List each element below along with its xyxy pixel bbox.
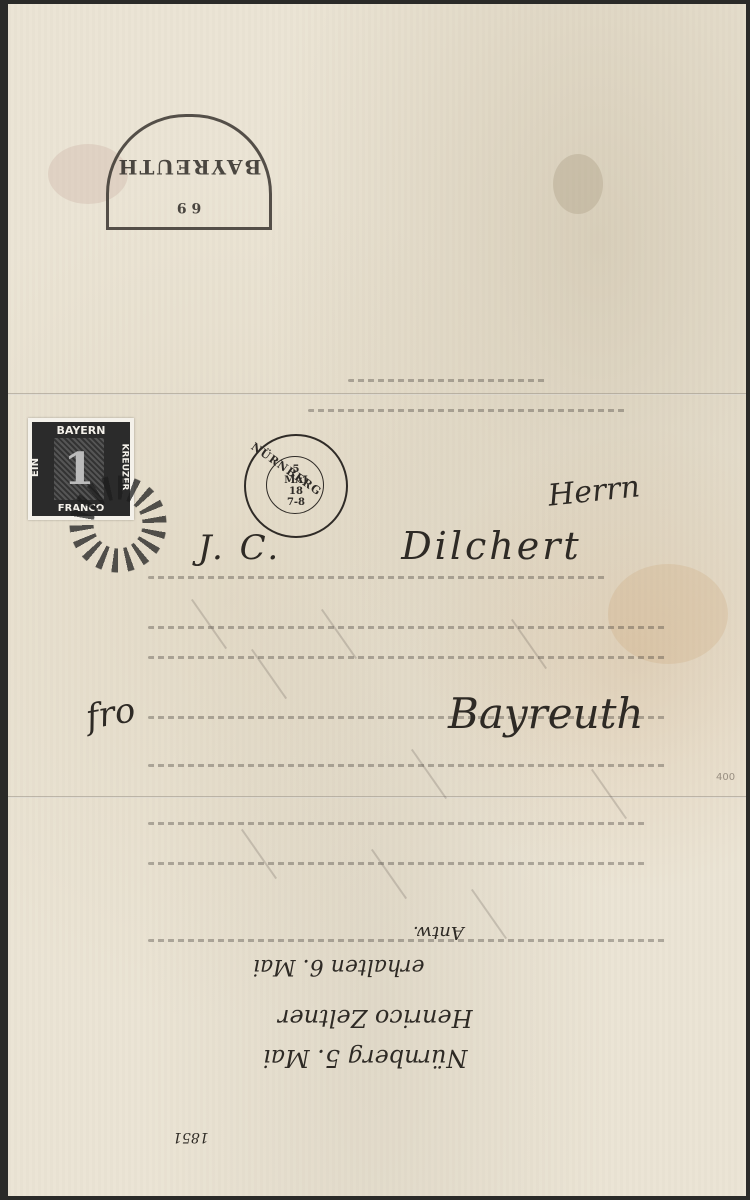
fold-line	[8, 393, 746, 395]
bleed-through-line	[148, 764, 668, 767]
postmark-day: 5	[276, 464, 316, 475]
bleed-through-line	[148, 656, 668, 659]
bayreuth-postmark: 6 9 BAYREUTH	[106, 114, 272, 230]
fold-line	[8, 796, 746, 798]
postmark-year: 18	[276, 486, 316, 497]
stamp-country: BAYERN	[32, 424, 130, 437]
postmark-month: MAI	[276, 475, 316, 486]
stamp-left-label: EIN	[30, 458, 41, 477]
docket-line: Nürnberg 5. Mai	[263, 1044, 468, 1072]
franco-mark: fro	[83, 690, 139, 738]
paper-stain	[553, 154, 603, 214]
bleed-through-line	[308, 409, 628, 412]
postmark-town: NÜRNBERG	[249, 440, 324, 498]
docket-year: 1851	[173, 1129, 209, 1145]
letter-sheet: 6 9 BAYREUTH BAYERN EIN KREUZER 1 FRANCO…	[8, 4, 746, 1196]
postmark-date: 6 9	[109, 199, 269, 215]
destination-city: Bayreuth	[448, 689, 644, 738]
bleed-through-line	[148, 862, 648, 865]
bleed-through-line	[148, 822, 648, 825]
postmark-hour: 7-8	[276, 497, 316, 508]
bleed-through-line	[148, 939, 668, 942]
bleed-stroke	[321, 609, 357, 659]
bleed-through-line	[348, 379, 548, 382]
bleed-through-line	[148, 626, 668, 629]
addressee: J. C.Dilchert	[198, 524, 582, 568]
paper-stain	[608, 564, 728, 664]
nurnberg-postmark: NÜRNBERG 5 MAI 18 7-8	[244, 434, 348, 538]
bleed-stroke	[241, 829, 277, 879]
bleed-stroke	[591, 769, 627, 819]
mill-wheel-cancel-icon	[68, 474, 168, 574]
docket-line: Antw.	[413, 922, 464, 943]
addressee-initials: J. C.	[198, 528, 281, 568]
bleed-stroke	[411, 749, 447, 799]
postmark-town: BAYREUTH	[109, 155, 269, 179]
pencil-note: 400	[716, 772, 735, 783]
addressee-surname: Dilchert	[401, 524, 581, 568]
bleed-through-line	[148, 576, 608, 579]
bleed-stroke	[371, 849, 407, 899]
docket-line: erhalten 6. Mai	[253, 954, 425, 979]
bleed-stroke	[471, 889, 507, 939]
postmark-date: 5 MAI 18 7-8	[276, 464, 316, 508]
bleed-stroke	[191, 599, 227, 649]
docket-line: Henrico Zeltner	[278, 1004, 473, 1032]
salutation: Herrn	[546, 469, 641, 513]
